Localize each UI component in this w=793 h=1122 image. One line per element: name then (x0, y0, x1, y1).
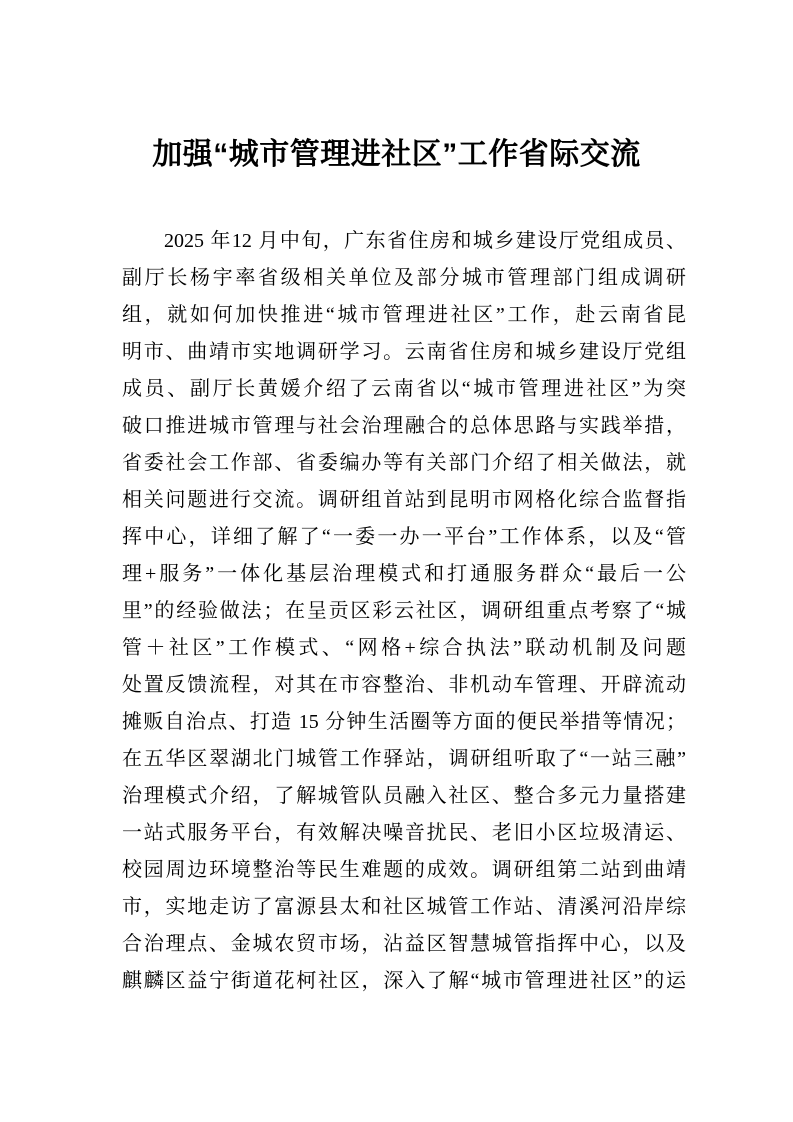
body-line: 处置反馈流程，对其在市容整治、非机动车管理、开辟流动 (122, 667, 686, 704)
body-line: 治理模式介绍，了解城管队员融入社区、整合多元力量搭建 (122, 778, 686, 815)
body-line: 明市、曲靖市实地调研学习。云南省住房和城乡建设厅党组 (122, 334, 686, 371)
body-line: 管＋社区”工作模式、“网格+综合执法”联动机制及问题 (122, 630, 686, 667)
body-line: 摊贩自治点、打造 15 分钟生活圈等方面的便民举措等情况； (122, 704, 686, 741)
document-page: 加强“城市管理进社区”工作省际交流 2025 年12 月中旬，广东省住房和城乡建… (0, 0, 793, 1122)
document-body: 2025 年12 月中旬，广东省住房和城乡建设厅党组成员、 副厅长杨宇率省级相关… (122, 223, 686, 1000)
body-line: 组，就如何加快推进“城市管理进社区”工作，赴云南省昆 (122, 297, 686, 334)
body-line: 校园周边环境整治等民生难题的成效。调研组第二站到曲靖 (122, 852, 686, 889)
body-line: 2025 年12 月中旬，广东省住房和城乡建设厅党组成员、 (122, 223, 686, 260)
document-title: 加强“城市管理进社区”工作省际交流 (0, 0, 793, 172)
body-line: 相关问题进行交流。调研组首站到昆明市网格化综合监督指 (122, 482, 686, 519)
body-line: 里”的经验做法；在呈贡区彩云社区，调研组重点考察了“城 (122, 593, 686, 630)
body-line: 理+服务”一体化基层治理模式和打通服务群众“最后一公 (122, 556, 686, 593)
body-line: 麒麟区益宁街道花柯社区，深入了解“城市管理进社区”的运 (122, 963, 686, 1000)
body-line: 成员、副厅长黄媛介绍了云南省以“城市管理进社区”为突 (122, 371, 686, 408)
body-line: 挥中心，详细了解了“一委一办一平台”工作体系，以及“管 (122, 519, 686, 556)
body-line: 在五华区翠湖北门城管工作驿站，调研组听取了“一站三融” (122, 741, 686, 778)
body-line: 省委社会工作部、省委编办等有关部门介绍了相关做法，就 (122, 445, 686, 482)
body-line: 合治理点、金城农贸市场，沾益区智慧城管指挥中心，以及 (122, 926, 686, 963)
body-line: 市，实地走访了富源县太和社区城管工作站、清溪河沿岸综 (122, 889, 686, 926)
body-line: 副厅长杨宇率省级相关单位及部分城市管理部门组成调研 (122, 260, 686, 297)
body-line: 破口推进城市管理与社会治理融合的总体思路与实践举措， (122, 408, 686, 445)
body-line: 一站式服务平台，有效解决噪音扰民、老旧小区垃圾清运、 (122, 815, 686, 852)
